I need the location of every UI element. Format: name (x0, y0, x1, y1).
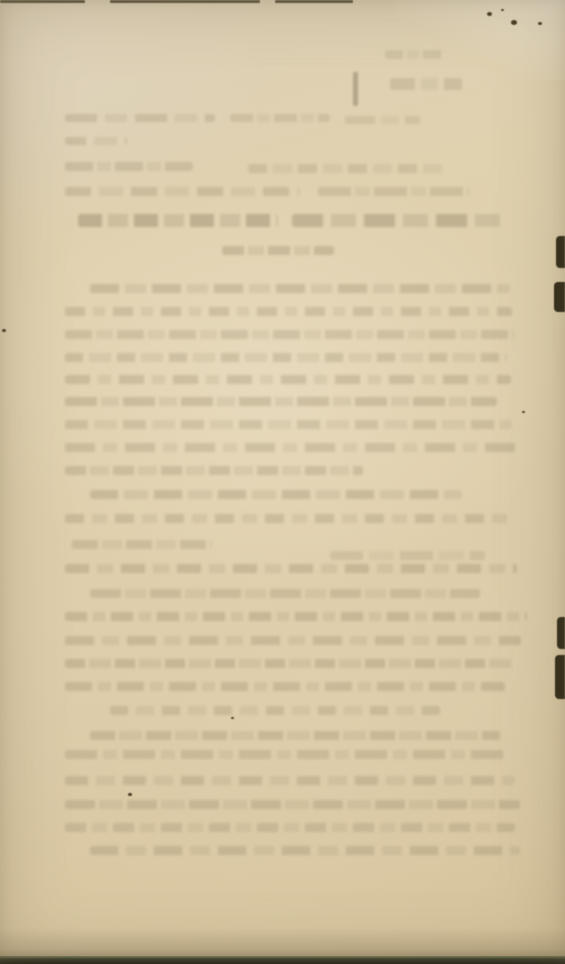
foxing-speck (538, 22, 542, 25)
foxing-speck (2, 329, 6, 332)
bottom-scan-strip (0, 956, 565, 964)
foxing-specks-layer (0, 0, 565, 964)
foxing-speck (128, 793, 132, 796)
foxing-speck (522, 411, 525, 413)
foxing-speck (231, 717, 234, 719)
scanned-page-image (0, 0, 565, 964)
bottom-page-shadow (0, 928, 565, 958)
foxing-speck (501, 9, 504, 11)
foxing-speck (487, 12, 492, 16)
foxing-speck (511, 20, 517, 25)
